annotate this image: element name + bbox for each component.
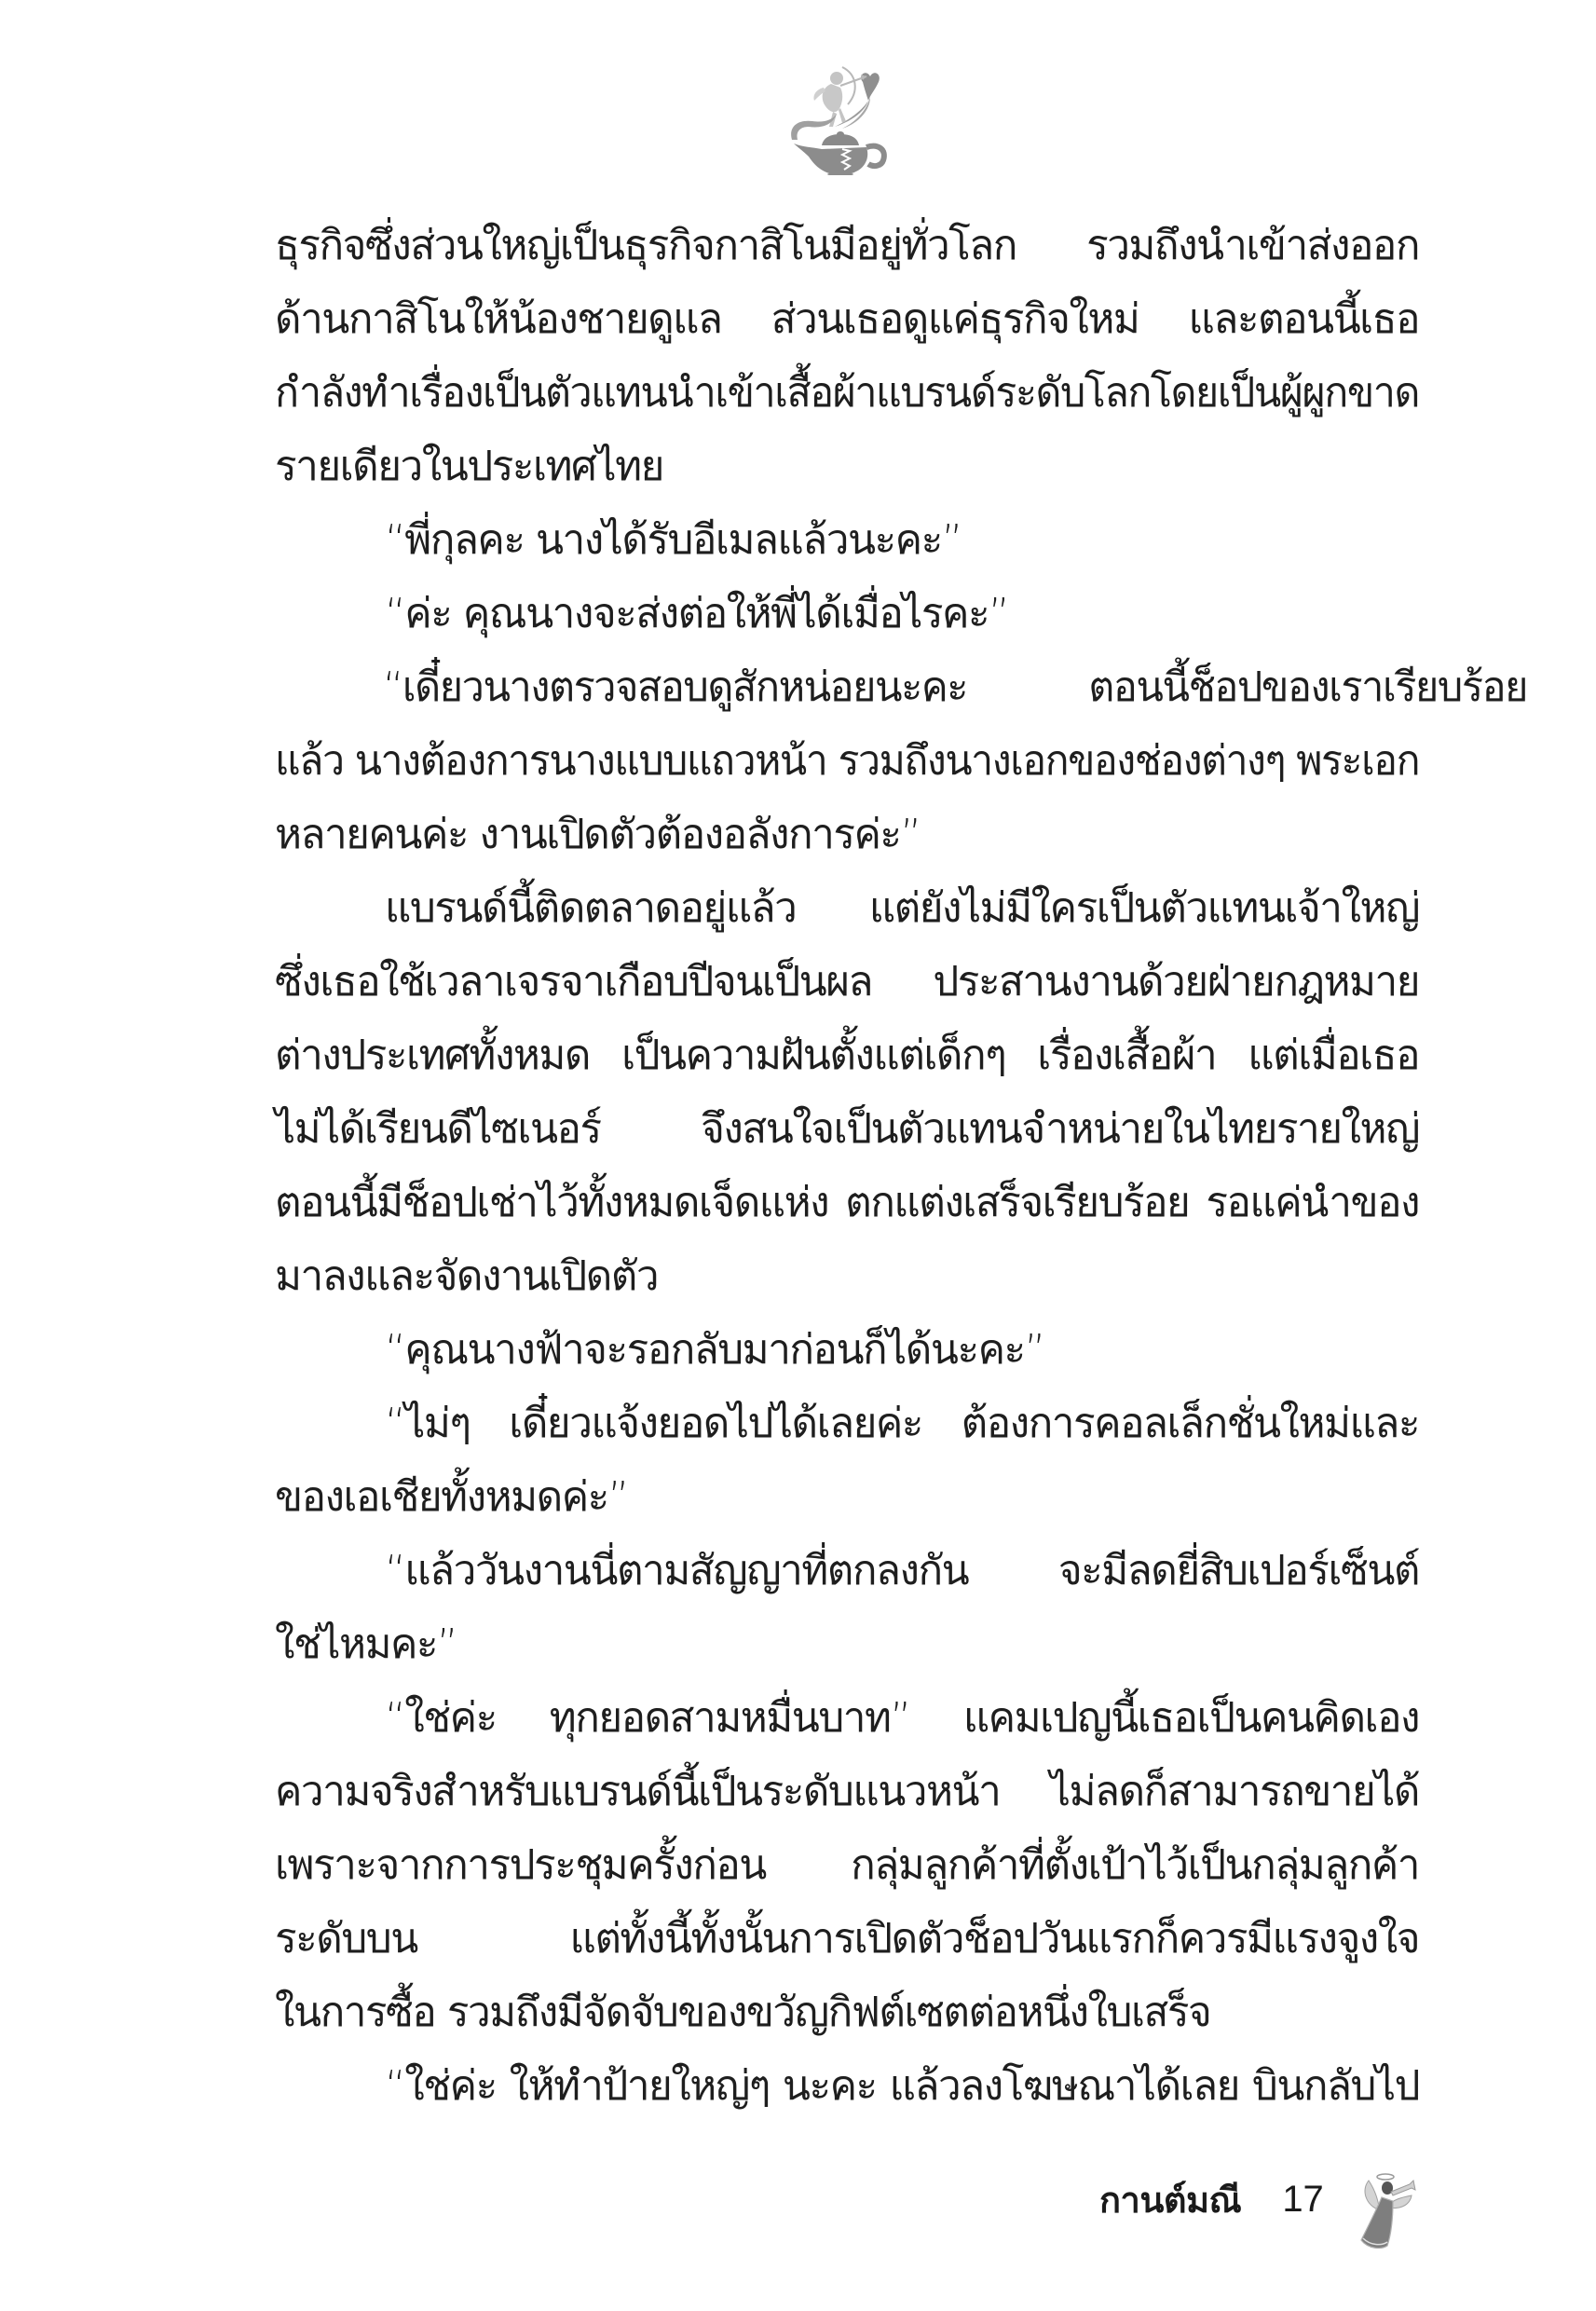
text-line: ต่างประเทศทั้งหมด เป็นความฝันตั้งแต่เด็ก… (275, 1019, 1419, 1092)
dialogue-line: “ค่ะ คุณนางจะส่งต่อให้พี่ได้เมื่อไรคะ” (275, 577, 1419, 650)
body-text: ธุรกิจซึ่งส่วนใหญ่เป็นธุรกิจกาสิโนมีอยู่… (275, 209, 1419, 2123)
text-line: มาลงและจัดงานเปิดตัว (275, 1239, 1419, 1313)
text-line: ไม่ได้เรียนดีไซเนอร์ จึงสนใจเป็นตัวแทนจำ… (275, 1092, 1419, 1166)
text-line: ในการซื้อ รวมถึงมีจัดจับของขวัญกิฟต์เซตต… (275, 1976, 1419, 2049)
page-number: 17 (1282, 2179, 1324, 2221)
dialogue-line: “ใช่ค่ะ ทุกยอดสามหมื่นบาท” แคมเปญนี้เธอเ… (275, 1681, 1419, 1755)
dialogue-line: “ไม่ๆ เดี๋ยวแจ้งยอดไปได้เลยค่ะ ต้องการคอ… (275, 1387, 1419, 1460)
text-line: ใช่ไหมคะ” (275, 1607, 1419, 1681)
text-line: กำลังทำเรื่องเป็นตัวแทนนำเข้าเสื้อผ้าแบร… (275, 356, 1419, 430)
text-line: ตอนนี้มีช็อปเช่าไว้ทั้งหมดเจ็ดแห่ง ตกแต่… (275, 1166, 1419, 1239)
text-line: ของเอเชียทั้งหมดค่ะ” (275, 1460, 1419, 1534)
text-line: รายเดียวในประเทศไทย (275, 430, 1419, 503)
text-line: ธุรกิจซึ่งส่วนใหญ่เป็นธุรกิจกาสิโนมีอยู่… (275, 209, 1419, 282)
text-line: ซึ่งเธอใช้เวลาเจรจาเกือบปีจนเป็นผล ประสา… (275, 945, 1419, 1019)
text-line: เพราะจากการประชุมครั้งก่อน กลุ่มลูกค้าที… (275, 1828, 1419, 1902)
dialogue-line: “พี่กุลคะ นางได้รับอีเมลแล้วนะคะ” (275, 503, 1419, 577)
book-title: กานต์มณี (1099, 2171, 1241, 2228)
text-line: ระดับบน แต่ทั้งนี้ทั้งนั้นการเปิดตัวช็อป… (275, 1902, 1419, 1976)
text-line: หลายคนค่ะ งานเปิดตัวต้องอลังการค่ะ” (275, 798, 1419, 871)
text-line: ความจริงสำหรับแบรนด์นี้เป็นระดับแนวหน้า … (275, 1755, 1419, 1828)
dialogue-line: “เดี๋ยวนางตรวจสอบดูสักหน่อยนะคะ ตอนนี้ช็… (275, 650, 1527, 724)
dialogue-line: “คุณนางฟ้าจะรอกลับมาก่อนก็ได้นะคะ” (275, 1313, 1419, 1387)
dialogue-line: “ใช่ค่ะ ให้ทำป้ายใหญ่ๆ นะคะ แล้วลงโฆษณาไ… (275, 2049, 1419, 2123)
paragraph-line: แบรนด์นี้ติดตลาดอยู่แล้ว แต่ยังไม่มีใครเ… (275, 871, 1419, 945)
text-line: แล้ว นางต้องการนางแบบแถวหน้า รวมถึงนางเอ… (275, 724, 1419, 798)
book-page: ธุรกิจซึ่งส่วนใหญ่เป็นธุรกิจกาสิโนมีอยู่… (0, 0, 1596, 2311)
genie-lamp-cupid-icon (781, 54, 907, 175)
dialogue-line: “แล้ววันงานนี่ตามสัญญาที่ตกลงกัน จะมีลดย… (275, 1534, 1419, 1607)
page-footer: กานต์มณี 17 (1099, 2162, 1324, 2236)
text-line: ด้านกาสิโนให้น้องชายดูแล ส่วนเธอดูแค่ธุร… (275, 282, 1419, 356)
angel-trumpet-icon (1356, 2169, 1430, 2253)
